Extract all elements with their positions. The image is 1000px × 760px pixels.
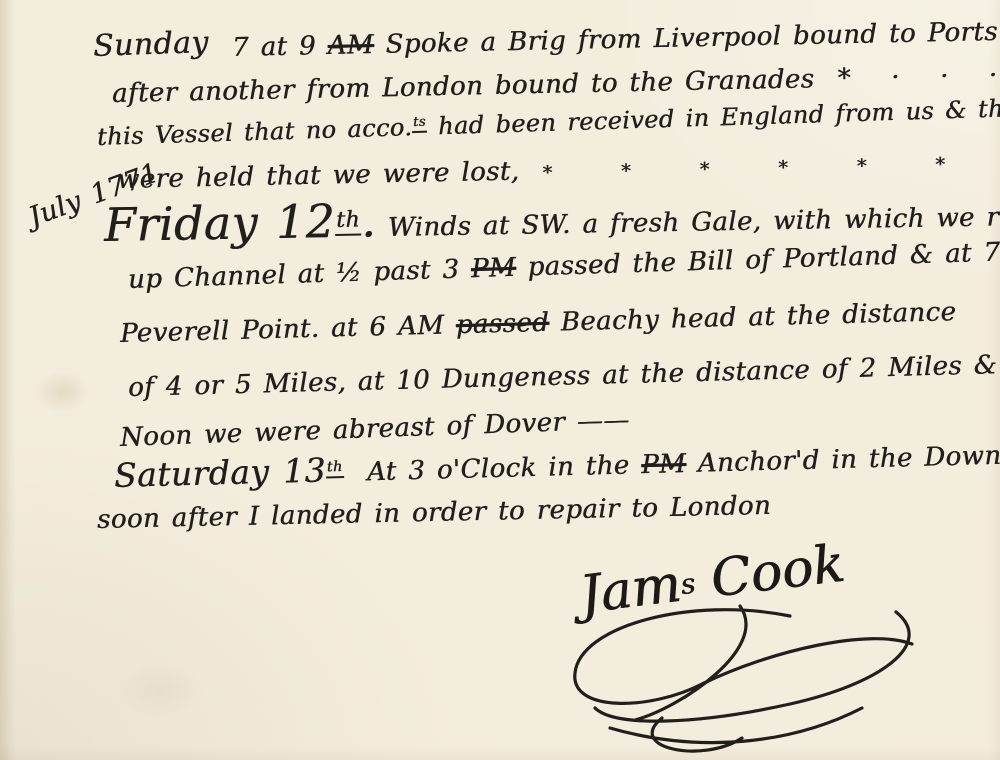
text-run: Sunday: [92, 25, 209, 64]
text-run: Spoke a Brig from Liverpool bound to Por…: [373, 13, 1000, 60]
text-run: PM: [470, 253, 516, 284]
text-run: .: [361, 193, 377, 247]
text-run: Winds at SW. a fresh Gale, with which we…: [376, 200, 1000, 243]
text-run: ts: [412, 115, 427, 133]
text-run: At 3 o'Clock in the: [343, 450, 641, 488]
text-run: Anchor'd in the Downs &: [686, 439, 1000, 479]
text-run: AM: [327, 30, 374, 61]
margin-word-sunday: Sunday: [92, 26, 209, 63]
text-run: * · · ·: [837, 60, 1000, 93]
text-run: passed: [455, 308, 549, 340]
journal-line-7: Peverell Point. at 6 AM passed Beachy he…: [120, 298, 957, 348]
james-cook-signature: Jams Cook: [576, 534, 847, 626]
text-run: passed the Bill of Portland & at 7: [515, 238, 1000, 283]
text-run: Cook: [691, 534, 848, 612]
text-run: Beachy head at the distance: [549, 297, 957, 338]
text-run: this Vessel that no acco.: [97, 113, 413, 151]
text-run: th: [335, 208, 361, 236]
text-run: up Channel at ½ past 3: [128, 254, 472, 295]
text-run: were held that we were lost,: [117, 156, 543, 195]
journal-page: Sunday7 at 9 AM Spoke a Brig from Liverp…: [0, 0, 1000, 760]
text-run: Jam: [576, 554, 684, 626]
text-run: Saturday 13: [113, 450, 326, 495]
journal-line-11: soon after I landed in order to repair t…: [97, 492, 772, 535]
journal-line-1: 7 at 9 AM Spoke a Brig from Liverpool bo…: [232, 14, 1000, 62]
text-run: soon after I landed in order to repair t…: [97, 491, 772, 535]
text-run: of 4 or 5 Miles, at 10 Dungeness at the …: [128, 349, 1000, 403]
text-run: Peverell Point. at 6 AM: [120, 310, 457, 349]
text-run: th: [326, 459, 344, 478]
text-run: * * * * * * * * * * * * * * * * * *: [542, 134, 1000, 185]
text-run: Friday 12: [104, 194, 336, 252]
text-run: 7 at 9: [232, 31, 328, 63]
journal-line-8: of 4 or 5 Miles, at 10 Dungeness at the …: [128, 350, 1000, 402]
text-run: PM: [641, 449, 687, 480]
